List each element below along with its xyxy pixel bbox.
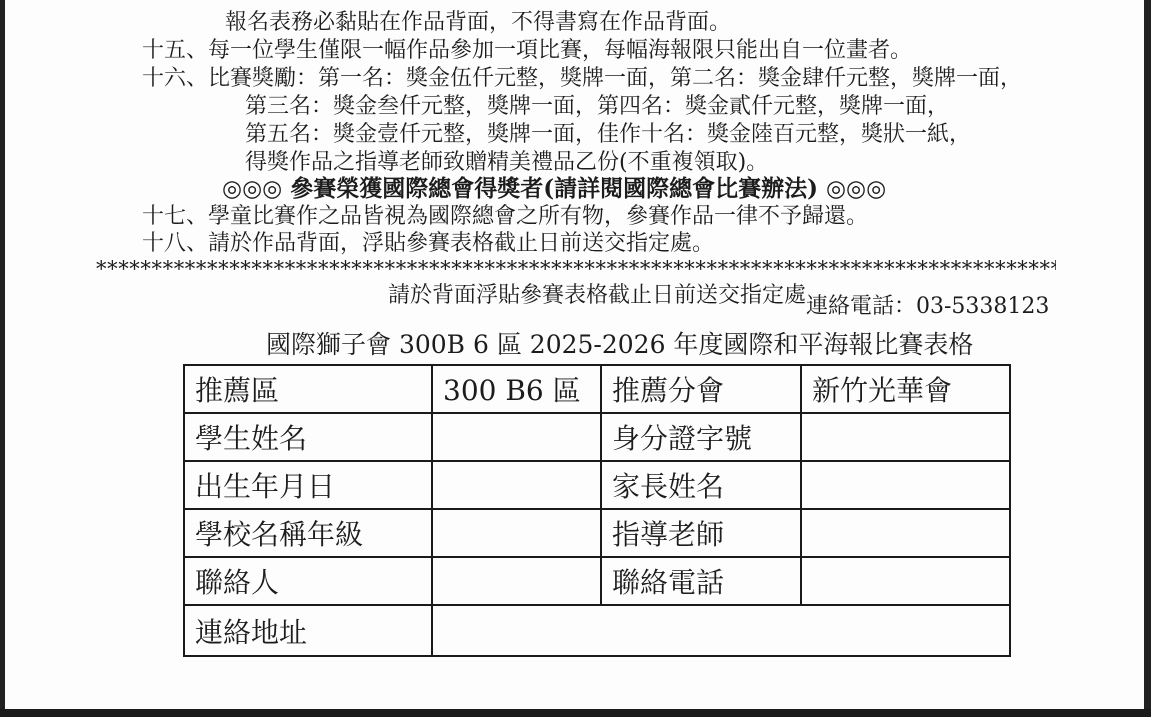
submission-reminder-text: 請於背面浮貼參賽表格截止日前送交指定處 bbox=[388, 283, 806, 309]
birth-date-value bbox=[432, 461, 601, 509]
registration-form-table: 推薦區 300 B6 區 推薦分會 新竹光華會 學生姓名 身分證字號 出生年月日… bbox=[183, 364, 1011, 657]
table-row: 推薦區 300 B6 區 推薦分會 新竹光華會 bbox=[184, 365, 1010, 413]
contact-phone-label: 聯絡電話 bbox=[601, 557, 801, 605]
item15-text: 十五、每一位學生僅限一幅作品參加一項比賽，每幅海報限只能出自一位畫者。 bbox=[142, 38, 912, 64]
advisor-teacher-value bbox=[801, 509, 1010, 557]
form-title: 國際獅子會 300B 6 區 2025-2026 年度國際和平海報比賽表格 bbox=[266, 330, 973, 360]
contact-phone-text: 連絡電話：03-5338123 bbox=[806, 294, 1049, 320]
parent-name-value bbox=[801, 461, 1010, 509]
item16-line4-text: 得獎作品之指導老師致贈精美禮品乙份(不重複領取)。 bbox=[245, 150, 768, 176]
referral-club-label: 推薦分會 bbox=[601, 365, 801, 413]
table-row: 聯絡人 聯絡電話 bbox=[184, 557, 1010, 605]
id-number-value bbox=[801, 413, 1010, 461]
contact-person-value bbox=[432, 557, 601, 605]
scan-edge-bottom bbox=[0, 709, 1151, 717]
student-name-value bbox=[432, 413, 601, 461]
item16-line2-text: 第三名：獎金叁仟元整，獎牌一面，第四名：獎金貳仟元整，獎牌一面， bbox=[245, 94, 949, 120]
table-row: 學校名稱年級 指導老師 bbox=[184, 509, 1010, 557]
scanned-contest-form-page: 報名表務必黏貼在作品背面，不得書寫在作品背面。 十五、每一位學生僅限一幅作品參加… bbox=[0, 0, 1151, 717]
international-award-highlight: ◎◎◎ 參賽榮獲國際總會得獎者(請詳閱國際總會比賽辦法) ◎◎◎ bbox=[222, 175, 886, 203]
contact-phone-value bbox=[801, 557, 1010, 605]
item18-text: 十八、請於作品背面，浮貼參賽表格截止日前送交指定處。 bbox=[142, 231, 714, 257]
item14-continuation-text: 報名表務必黏貼在作品背面，不得書寫在作品背面。 bbox=[225, 10, 731, 36]
referral-district-value: 300 B6 區 bbox=[432, 365, 601, 413]
asterisk-separator: ****************************************… bbox=[96, 257, 1056, 282]
table-row: 連絡地址 bbox=[184, 605, 1010, 656]
parent-name-label: 家長姓名 bbox=[601, 461, 801, 509]
contact-address-label: 連絡地址 bbox=[184, 605, 432, 656]
table-row: 學生姓名 身分證字號 bbox=[184, 413, 1010, 461]
table-row: 出生年月日 家長姓名 bbox=[184, 461, 1010, 509]
item16-line3-text: 第五名：獎金壹仟元整，獎牌一面，佳作十名：獎金陸百元整，獎狀一紙， bbox=[245, 122, 971, 148]
student-name-label: 學生姓名 bbox=[184, 413, 432, 461]
school-grade-value bbox=[432, 509, 601, 557]
scan-edge-left bbox=[0, 0, 5, 717]
school-grade-label: 學校名稱年級 bbox=[184, 509, 432, 557]
birth-date-label: 出生年月日 bbox=[184, 461, 432, 509]
item17-text: 十七、學童比賽作之品皆視為國際總會之所有物，參賽作品一律不予歸還。 bbox=[142, 204, 868, 230]
scan-edge-right bbox=[1144, 0, 1151, 717]
id-number-label: 身分證字號 bbox=[601, 413, 801, 461]
advisor-teacher-label: 指導老師 bbox=[601, 509, 801, 557]
contact-address-value bbox=[432, 605, 1010, 656]
referral-district-label: 推薦區 bbox=[184, 365, 432, 413]
item16-line1-text: 十六、比賽獎勵：第一名：獎金伍仟元整，獎牌一面，第二名：獎金肆仟元整，獎牌一面， bbox=[142, 66, 1022, 92]
contact-person-label: 聯絡人 bbox=[184, 557, 432, 605]
referral-club-value: 新竹光華會 bbox=[801, 365, 1010, 413]
